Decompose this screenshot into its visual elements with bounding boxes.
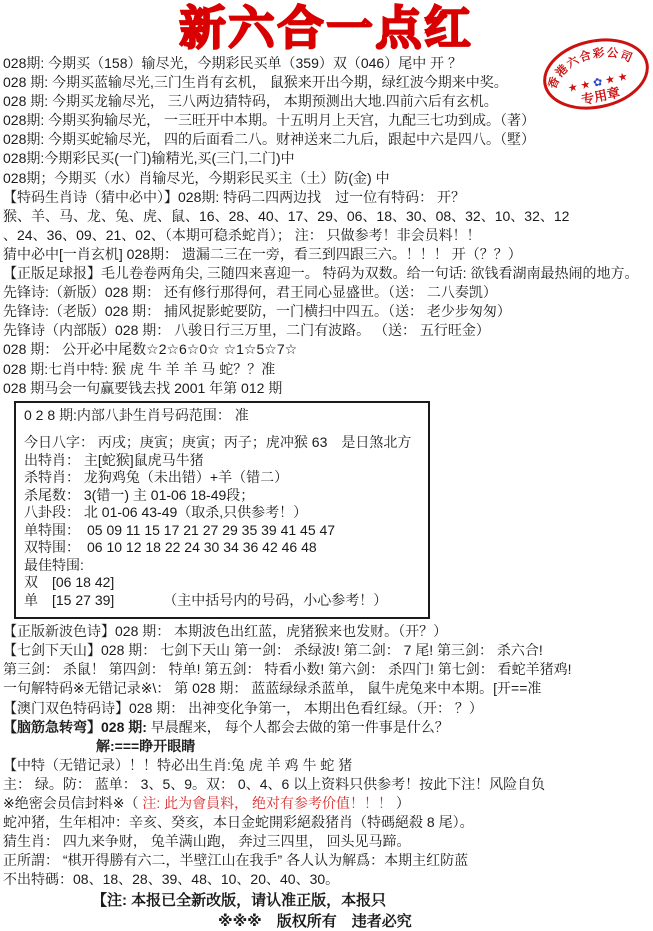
main-guard-betting-line: 主： 绿。防： 蓝单： 3、5、9。双： 0、4、6 以上资料只供参考！按此下注…	[0, 775, 653, 794]
wave-color-poem-line: 【正版新波色诗】028 期： 本期波色出红蓝，虎猪猴来也发财。（开？）	[0, 622, 653, 641]
box-even-range-line: 双特围： 06 10 12 18 22 24 30 34 36 42 46 48	[24, 539, 422, 557]
box-best-odd-line: 单 [15 27 39] （主中括号内的号码，小心参考！）	[24, 592, 422, 610]
pioneer-poem-internal: 先锋诗（内部版）028 期： 八骏日行三万里，二门有波路。 （送： 五行旺金）	[0, 321, 653, 340]
one-sentence-solve-line: 一句解特码※无错记录※\： 第 028 期： 蓝蓝绿绿杀蓝单， 鼠牛虎兔来中本期…	[0, 679, 653, 698]
zodiac-number-list-1: 猴、羊、马、龙、兔、虎、鼠、16、28、40、17、29、06、18、30、08…	[0, 207, 653, 226]
seven-swords-line-2: 第三剑： 杀鼠！ 第四剑： 特单! 第五剑： 特看小数! 第六剑： 杀四门! 第…	[0, 660, 653, 679]
one-zodiac-mystery-line: 猜中必中[一肖玄机] 028期： 遗漏二三在一旁，看三到四跟三六。！！！ 开（？…	[0, 245, 653, 264]
brain-teaser-header: 【脑筋急转弯】028 期:	[3, 719, 147, 735]
seven-swords-line-1: 【七剑下天山】028 期： 七剑下天山 第一剑： 杀绿波! 第二剑： 7 尾! …	[0, 641, 653, 660]
proverb-line: 正所謂： “棋开得勝有六二，半壁江山在我手” 各人认为解爲：本期主红防蓝	[0, 851, 653, 870]
box-best-even-line: 双 [06 18 42]	[24, 574, 422, 592]
eight-trigrams-box: 0 2 8 期:内部八卦生肖号码范围： 准 今日八字： 丙戌；庚寅；庚寅；丙子；…	[14, 401, 430, 620]
member-note-red-text: 注: 此为會員料， 绝对有参考价值！！！	[142, 795, 392, 811]
tip-line-doors: 028期:今期彩民买(一门)输精光,买(三门,二门)中	[0, 149, 653, 168]
zodiac-number-list-2: 、24、36、09、21、02、（本期可稳杀蛇肖）； 注： 只做参考！非会员料！…	[0, 226, 653, 245]
box-trigram-segment-line: 八卦段： 北 01-06 43-49（取杀,只供参考！）	[24, 504, 422, 522]
box-bazi-line: 今日八字： 丙戌；庚寅；庚寅；丙子；虎冲猴 63 是日煞北方	[24, 434, 422, 452]
middle-special-zodiac-line: 【中特（无错记录）！！特必出生肖:兔 虎 羊 鸡 牛 蛇 猪	[0, 756, 653, 775]
footer-copyright: ※※※ 版权所有 违者必究	[0, 912, 653, 931]
member-note-suffix: ）	[392, 795, 410, 811]
box-title: 0 2 8 期:内部八卦生肖号码范围： 准	[24, 407, 422, 425]
box-odd-range-line: 单特围： 05 09 11 15 17 21 27 29 35 39 41 45…	[24, 522, 422, 540]
member-note-prefix: ※绝密会员信封料※（	[3, 795, 142, 811]
football-paper-line: 【正版足球报】毛儿卷卷两角尖, 三随四来喜迎一。 特码为双数。给一句话: 欲钱看…	[0, 264, 653, 283]
tail-numbers-line: 028 期： 公开必中尾数☆2☆6☆0☆ ☆1☆5☆7☆	[0, 340, 653, 359]
pioneer-poem-old: 先锋诗:（老版）028 期： 捕风捉影蛇要防，一门横扫中四五。（送： 老少步匆匆…	[0, 302, 653, 321]
tip-line-elements: 028期；今期买（水）肖输尽光，今期彩民买主（土）防(金) 中	[0, 169, 653, 188]
pioneer-poem-new: 先锋诗:（新版）028 期： 还有修行那得何，君王同心显盛世。（送： 二八奏凯）	[0, 283, 653, 302]
box-spacer	[24, 424, 422, 434]
excluded-numbers-line: 不出特碼：08、18、28、39、48、10、20、40、30。	[0, 870, 653, 889]
brain-teaser-answer: 解:===睁开眼睛	[0, 737, 653, 756]
seven-zodiac-line: 028 期:七肖中特: 猴 虎 牛 羊 羊 马 蛇？？准	[0, 360, 653, 379]
horse-club-line: 028 期马会一句赢要钱去找 2001 年第 012 期	[0, 379, 653, 398]
snake-clash-pig-line: 蛇冲猪，生年相冲：辛亥、癸亥，本日金蛇開彩絕殺猪肖（特碼絕殺 8 尾）。	[0, 813, 653, 832]
macau-two-color-poem-line: 【澳门双色特码诗】028 期： 出神变化争第一， 本期出色看红绿。（开： ？）	[0, 699, 653, 718]
box-out-zodiac-line: 出特肖： 主[蛇猴]鼠虎马牛猪	[24, 452, 422, 470]
box-best-range-label: 最佳特围:	[24, 557, 422, 575]
member-envelope-note: ※绝密会员信封料※（ 注: 此为會員料， 绝对有参考价值！！！ ）	[0, 794, 653, 813]
tip-line-snake: 028期: 今期买蛇输尽光， 四的后面看二八。财神送来二九后，跟起中六是四八。（…	[0, 130, 653, 149]
footer-revision-note: 【注: 本报已全新改版，请认准正版，本报只	[0, 890, 653, 912]
brain-teaser-text: 早晨醒来， 每个人都会去做的第一件事是什么？	[147, 719, 449, 735]
brain-teaser-question: 【脑筋急转弯】028 期: 早晨醒来， 每个人都会去做的第一件事是什么？	[0, 718, 653, 737]
box-kill-zodiac-line: 杀特肖： 龙狗鸡兔（未出错）+羊（错二）	[24, 469, 422, 487]
zodiac-poem-header: 【特码生肖诗（猜中必中）】028期: 特码二四两边找 过一位有特码： 开？	[0, 188, 653, 207]
box-kill-tail-line: 杀尾数： 3(错一) 主 01-06 18-49段；	[24, 487, 422, 505]
guess-zodiac-line: 猜生肖： 四九来争财， 兔羊满山跑， 奔过三四里， 回头见马蹄。	[0, 832, 653, 851]
